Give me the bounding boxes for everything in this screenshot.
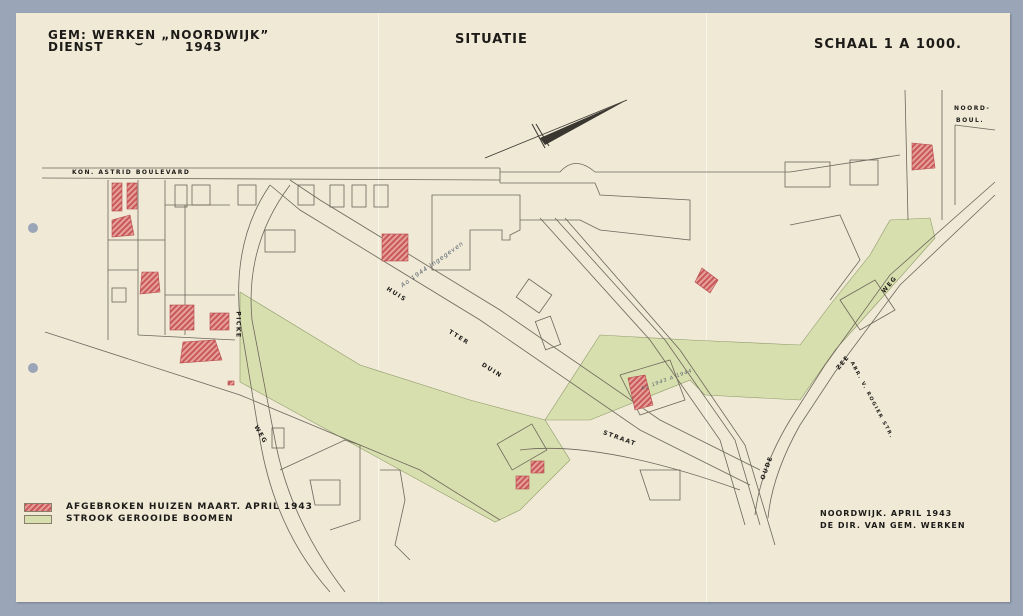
street-label-noord: NOORD-	[954, 106, 990, 112]
demolished-house	[516, 476, 529, 489]
north-arrow-icon	[485, 100, 627, 158]
hatched-swatch-icon	[24, 503, 52, 512]
street-label-picke: PICKE	[235, 311, 241, 338]
green-swatch-icon	[24, 515, 52, 524]
demolished-house	[912, 143, 935, 170]
demolished-house	[112, 183, 122, 211]
demolished-house	[695, 268, 718, 293]
header-dash: ⌣	[135, 37, 144, 49]
demolished-house	[112, 215, 134, 237]
demolished-house	[531, 461, 544, 473]
scale-label: SCHAAL 1 A 1000.	[814, 38, 962, 51]
header-dienst: DIENST	[48, 41, 104, 53]
demolished-house	[382, 234, 408, 261]
footer-place-date: NOORDWIJK. APRIL 1943	[820, 510, 952, 518]
legend-item-demolished: AFGEBROKEN HUIZEN MAART. APRIL 1943	[24, 502, 313, 512]
street-label-astrid: KON. ASTRID BOULEVARD	[72, 170, 190, 176]
page-title: SITUATIE	[455, 33, 528, 46]
legend-item-trees: STROOK GEROOIDE BOOMEN	[24, 514, 234, 524]
demolished-house	[170, 305, 194, 330]
demolished-house	[180, 340, 222, 363]
street-label-boul: BOUL.	[956, 118, 984, 124]
demolished-house	[210, 313, 229, 330]
demolished-house	[140, 272, 160, 294]
footer-signature: DE DIR. VAN GEM. WERKEN	[820, 522, 966, 530]
header-year: 1943	[185, 41, 222, 53]
demolished-house	[228, 381, 234, 385]
demolished-house	[127, 183, 137, 209]
